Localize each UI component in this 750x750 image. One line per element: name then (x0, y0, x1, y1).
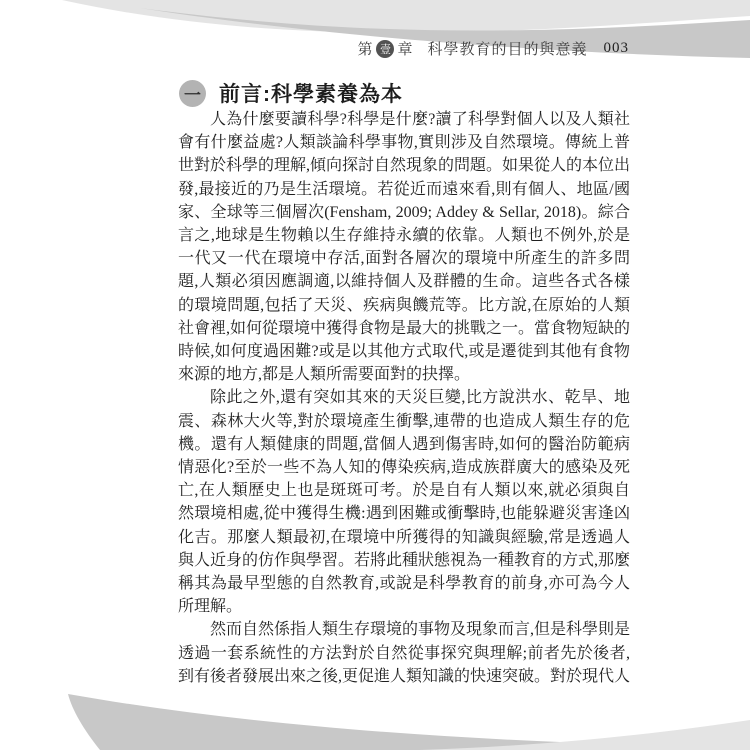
bottom-swoosh-decoration (0, 688, 750, 750)
paragraph: 除此之外,還有突如其來的天災巨變,比方說洪水、乾旱、地震、森林大火等,對於環境產… (178, 386, 630, 618)
chapter-title: 科學教育的目的與意義 (427, 38, 587, 59)
page-number: 003 (604, 40, 630, 57)
body-text: 人為什麼要讀科學?科學是什麼?讀了科學對個人以及人類社會有什麼益處?人類談論科學… (178, 108, 630, 688)
section-title: 前言:科學素養為本 (219, 78, 403, 108)
paragraph: 然而自然係指人類生存環境的事物及現象而言,但是科學則是透過一套系統性的方法對於自… (178, 618, 630, 688)
section-number-circle: 一 (179, 80, 206, 107)
bottom-dark-swoosh-shape (68, 694, 750, 750)
book-page: 第 壹 章 科學教育的目的與意義 003 一 前言:科學素養為本 人為什麼要讀科… (0, 0, 750, 750)
bottom-light-swoosh-shape (420, 720, 750, 750)
paragraph: 人為什麼要讀科學?科學是什麼?讀了科學對個人以及人類社會有什麼益處?人類談論科學… (178, 108, 630, 386)
chapter-number-badge: 壹 (376, 40, 394, 58)
chapter-label-prefix: 第 (357, 38, 373, 59)
top-light-swoosh-shape (62, 0, 750, 33)
section-heading: 一 前言:科學素養為本 (179, 78, 403, 108)
page-header: 第 壹 章 科學教育的目的與意義 003 (357, 38, 629, 59)
chapter-label-suffix: 章 (397, 38, 413, 59)
